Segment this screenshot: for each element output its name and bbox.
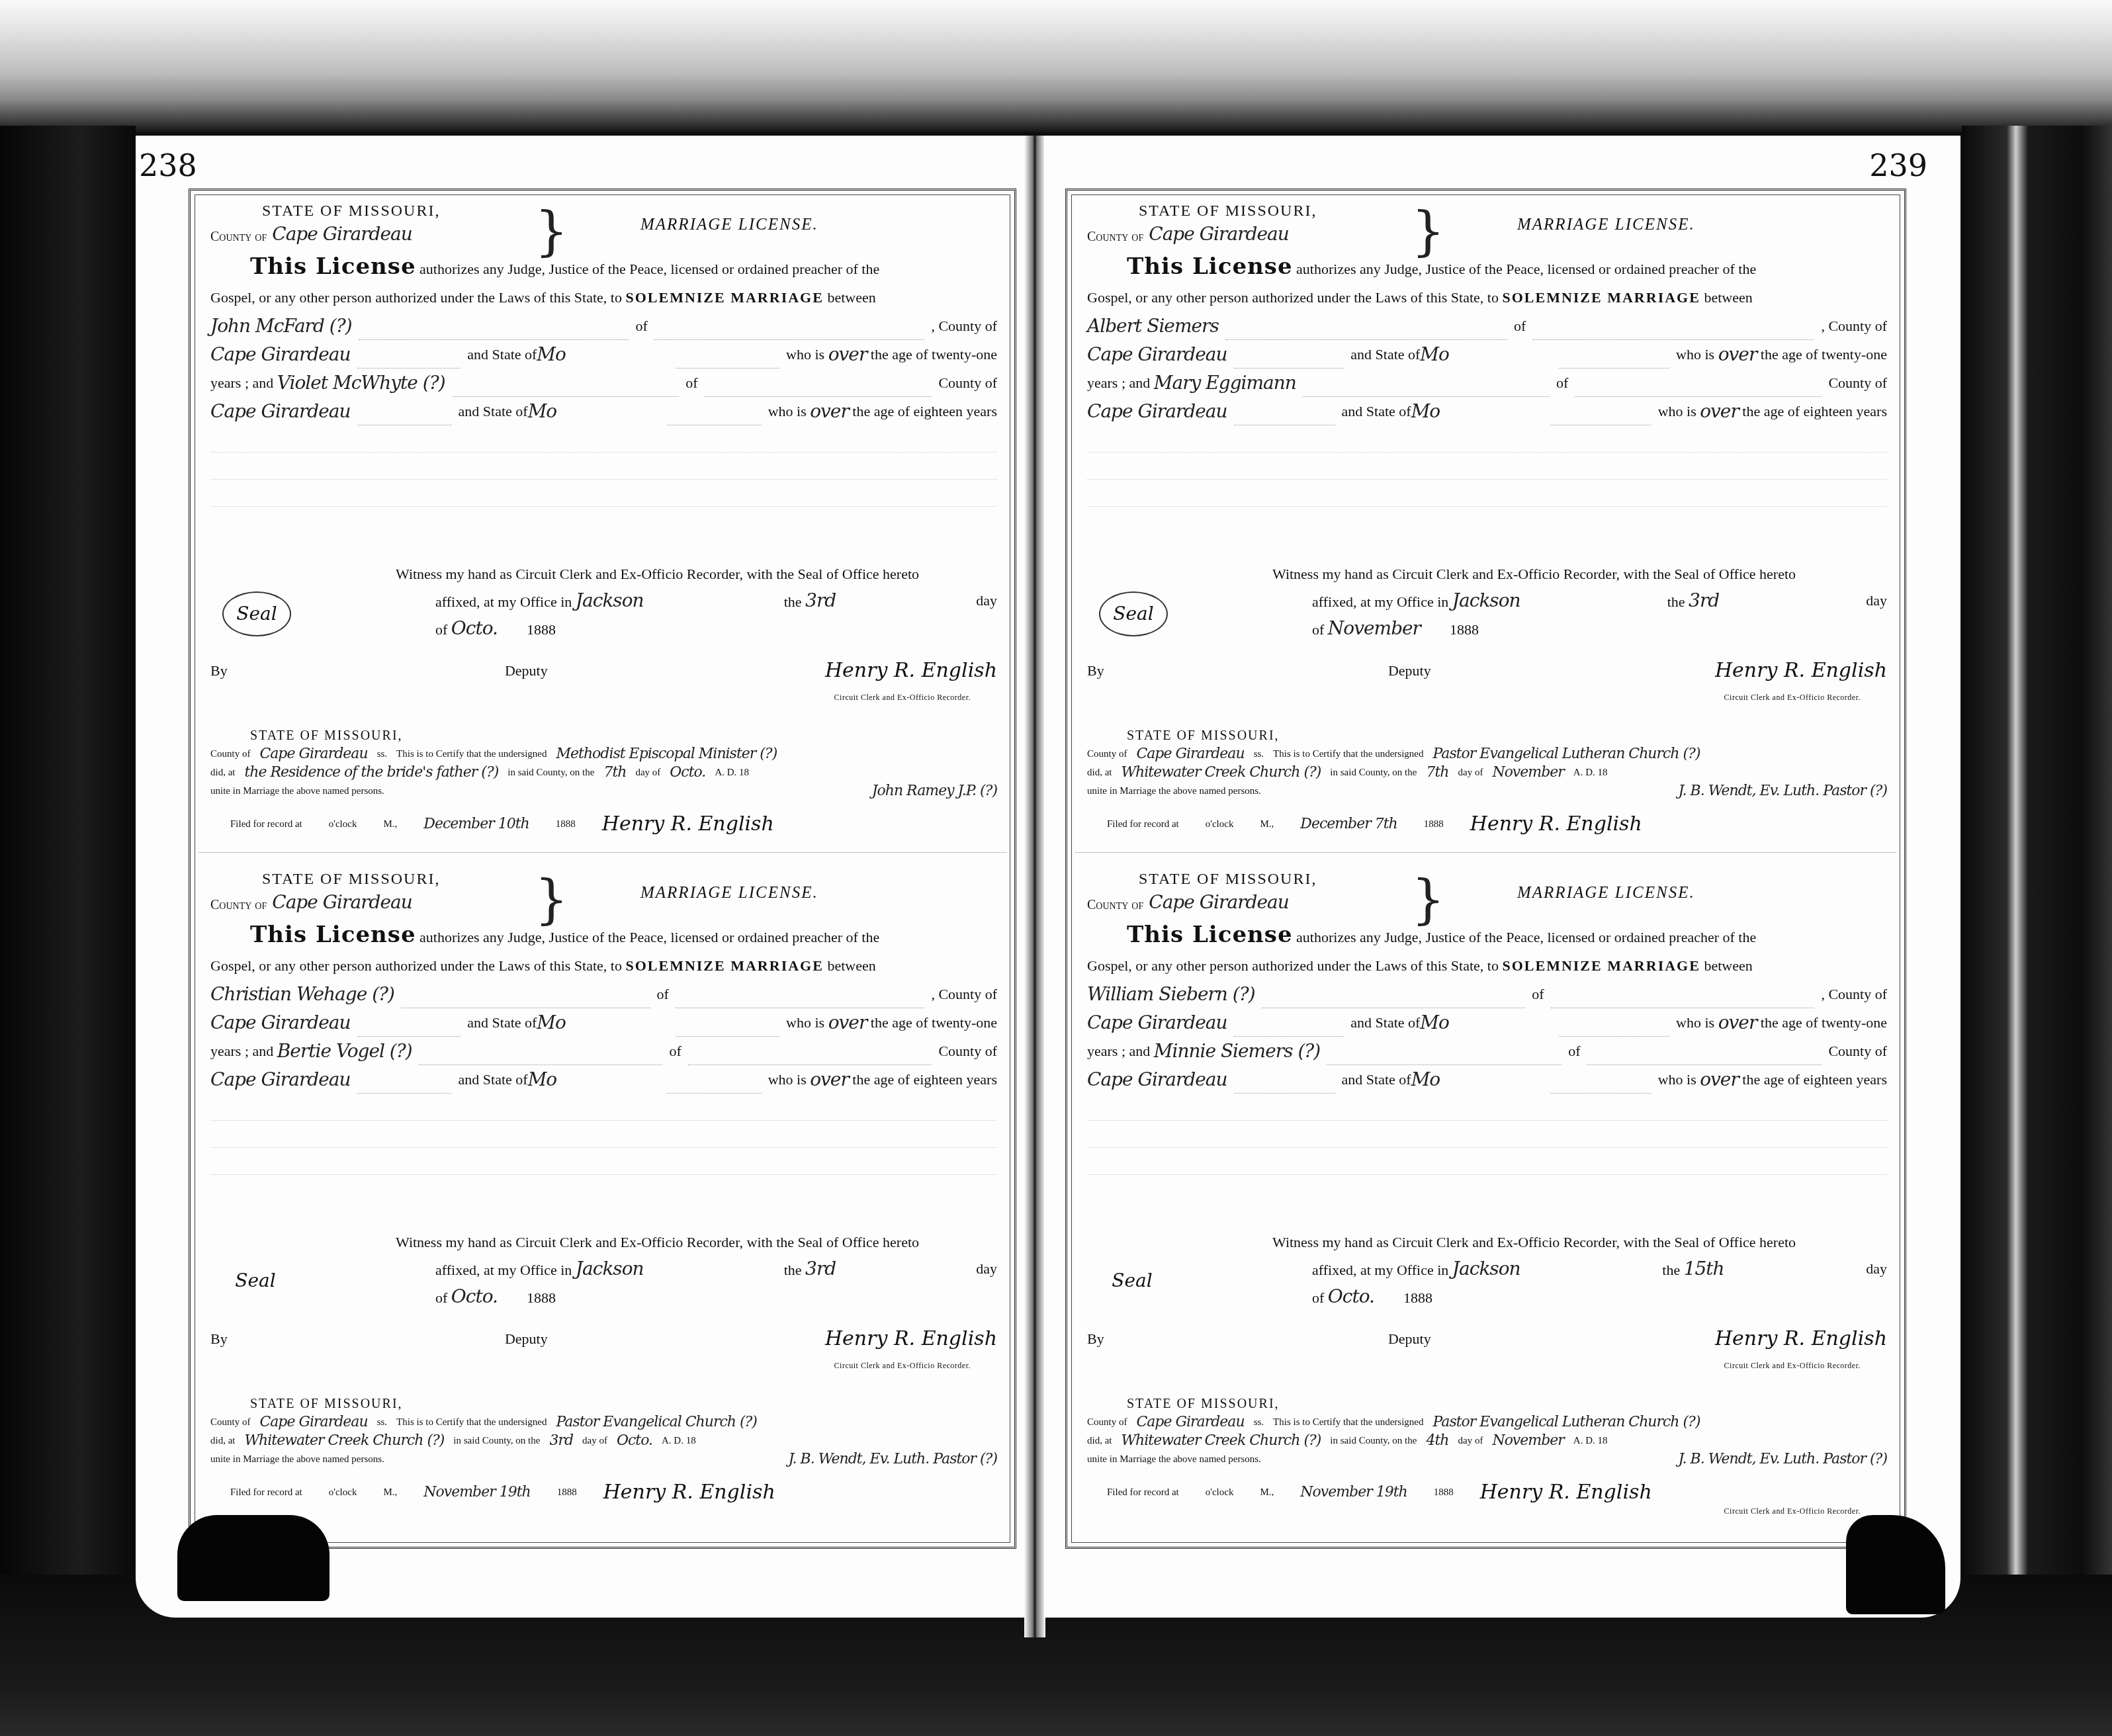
of-label: of xyxy=(685,369,697,397)
brace-icon: } xyxy=(1411,205,1445,258)
did-at-label: did, at xyxy=(210,1432,236,1450)
day-of-label: day of xyxy=(635,763,660,782)
in-said-county-label: in said County, on the xyxy=(1330,763,1417,782)
unite-text: unite in Marriage the above named person… xyxy=(1087,1450,1261,1469)
county-label: County of xyxy=(210,230,267,245)
filed-date: November 19th xyxy=(1300,1483,1407,1502)
county-value: Cape Girardeau xyxy=(272,223,412,245)
age-21-label: the age of twenty-one xyxy=(871,1008,997,1037)
certify-text: This is to Certify that the undersigned xyxy=(396,1413,547,1432)
clerk-signature: Henry R. English xyxy=(825,658,997,684)
bride-name: Bertie Vogel (?) xyxy=(277,1037,412,1065)
state-heading: STATE OF MISSOURI, xyxy=(1139,871,1887,889)
marriage-license: STATE OF MISSOURI, County ofCape Girarde… xyxy=(191,859,1014,1520)
groom-age-status: over xyxy=(1718,340,1757,369)
county-value: Cape Girardeau xyxy=(1149,223,1289,245)
state-of-label: and State of xyxy=(459,397,528,425)
day-label: day xyxy=(976,1256,997,1283)
brace-icon: } xyxy=(535,873,568,926)
clerk-caption: Circuit Clerk and Ex-Officio Recorder. xyxy=(1087,684,1861,711)
issue-day: 3rd xyxy=(1689,589,1719,611)
of-label: of xyxy=(1532,980,1544,1008)
the-label: the xyxy=(1662,1262,1680,1278)
of-label: of xyxy=(657,980,669,1008)
age-18-label: the age of eighteen years xyxy=(852,1065,997,1094)
clerk-signature: Henry R. English xyxy=(1715,1326,1887,1352)
ceremony-month: November xyxy=(1492,1432,1563,1450)
page-clip-left xyxy=(177,1515,330,1601)
witness-text: Witness my hand as Circuit Clerk and Ex-… xyxy=(396,1229,997,1256)
bride-state: Mo xyxy=(528,1065,660,1094)
did-at-label: did, at xyxy=(1087,1432,1112,1450)
officiant-signature: J. B. Wendt, Ev. Luth. Pastor (?) xyxy=(1678,1450,1887,1469)
state-of-label: and State of xyxy=(467,1008,537,1037)
who-is-label: who is xyxy=(786,1008,824,1037)
the-label: the xyxy=(784,593,802,610)
state-heading: STATE OF MISSOURI, xyxy=(262,871,997,889)
between-text: between xyxy=(1704,289,1752,306)
county-of-label: County of xyxy=(1828,1037,1887,1065)
groom-state: Mo xyxy=(537,1008,669,1037)
authorizes-text: authorizes any Judge, Justice of the Pea… xyxy=(1296,929,1756,945)
the-label: the xyxy=(1667,593,1685,610)
issue-day: 3rd xyxy=(805,589,836,611)
county-value: Cape Girardeau xyxy=(272,891,412,913)
clerk-caption: Circuit Clerk and Ex-Officio Recorder. xyxy=(1087,1352,1861,1379)
ceremony-place: Whitewater Creek Church (?) xyxy=(245,1432,445,1450)
age-18-label: the age of eighteen years xyxy=(1742,1065,1887,1094)
ceremony-day: 7th xyxy=(1426,763,1448,782)
age-18-label: the age of eighteen years xyxy=(852,397,997,425)
years-and-label: years ; and xyxy=(210,369,273,397)
seal-mark: Seal xyxy=(222,1260,288,1302)
affixed-label: affixed, at my Office in xyxy=(435,1262,572,1278)
gospel-text: Gospel, or any other person authorized u… xyxy=(1087,289,1499,306)
witness-block: Seal Witness my hand as Circuit Clerk an… xyxy=(191,561,1014,711)
seal-mark: Seal xyxy=(222,591,291,636)
county-of-label: County of xyxy=(938,369,997,397)
deputy-label: Deputy xyxy=(1388,1326,1431,1352)
in-said-county-label: in said County, on the xyxy=(1330,1432,1417,1450)
state-heading: STATE OF MISSOURI, xyxy=(1127,726,1887,745)
ad-label: A. D. 18 xyxy=(1573,763,1608,782)
by-label: By xyxy=(210,1326,228,1352)
brace-icon: } xyxy=(535,205,568,258)
who-is-label: who is xyxy=(1676,340,1714,369)
license-title: MARRIAGE LICENSE. xyxy=(640,884,818,902)
did-at-label: did, at xyxy=(210,763,236,782)
state-of-label: and State of xyxy=(1342,397,1411,425)
license-title: MARRIAGE LICENSE. xyxy=(1517,216,1695,234)
state-of-label: and State of xyxy=(459,1065,528,1094)
day-of-label: day of xyxy=(1458,763,1483,782)
age-21-label: the age of twenty-one xyxy=(1761,1008,1887,1037)
issue-month: Octo. xyxy=(451,617,498,639)
filed-year: 1888 xyxy=(1424,815,1444,834)
page-frame: STATE OF MISSOURI, County ofCape Girarde… xyxy=(1065,189,1906,1549)
seal-mark: Seal xyxy=(1099,1260,1165,1302)
bride-state: Mo xyxy=(528,397,660,425)
ceremony-day: 7th xyxy=(603,763,626,782)
county-row: County of Cape Girardeau xyxy=(210,223,997,245)
groom-county: Cape Girardeau xyxy=(1087,1008,1227,1037)
section-divider xyxy=(1075,852,1896,853)
unite-text: unite in Marriage the above named person… xyxy=(210,1450,384,1469)
office-location: Jackson xyxy=(1452,589,1520,611)
between-text: between xyxy=(1704,957,1752,974)
day-of-label: day of xyxy=(1458,1432,1483,1450)
groom-name: Christian Wehage (?) xyxy=(210,980,394,1008)
filed-signature: Henry R. English xyxy=(1480,1483,1652,1502)
marriage-license: STATE OF MISSOURI, County ofCape Girarde… xyxy=(1067,191,1904,852)
issue-day: 15th xyxy=(1684,1258,1724,1280)
ceremony-month: November xyxy=(1492,763,1563,782)
ceremony-place: the Residence of the bride's father (?) xyxy=(245,763,499,782)
page-number: 239 xyxy=(1869,148,1927,183)
marriage-license: STATE OF MISSOURI, County of Cape Girard… xyxy=(191,191,1014,852)
officiant-signature: John Ramey J.P. (?) xyxy=(872,782,997,801)
state-heading: STATE OF MISSOURI, xyxy=(250,726,997,745)
office-location: Jackson xyxy=(576,589,644,611)
the-label: the xyxy=(784,1262,802,1278)
ledger-page-right: 239 STATE OF MISSOURI, County ofCape Gir… xyxy=(1044,136,1960,1618)
cert-county: Cape Girardeau xyxy=(259,1413,367,1432)
bride-county: Cape Girardeau xyxy=(210,1065,351,1094)
groom-name: Albert Siemers xyxy=(1087,312,1219,340)
issue-year: 1888 xyxy=(1450,621,1479,638)
page-frame: STATE OF MISSOURI, County of Cape Girard… xyxy=(189,189,1016,1549)
age-21-label: the age of twenty-one xyxy=(1761,340,1887,369)
unite-text: unite in Marriage the above named person… xyxy=(210,782,384,801)
book-gutter xyxy=(1024,136,1045,1637)
county-label: County of xyxy=(210,898,267,913)
groom-name: John McFard (?) xyxy=(210,312,352,340)
of-label: of xyxy=(1312,621,1324,638)
ss-label: ss. xyxy=(1254,745,1264,763)
clerk-signature: Henry R. English xyxy=(1715,658,1887,684)
bride-state: Mo xyxy=(1411,1065,1544,1094)
ceremony-day: 4th xyxy=(1426,1432,1448,1450)
filed-date: November 19th xyxy=(423,1483,530,1502)
age-21-label: the age of twenty-one xyxy=(871,340,997,369)
m-label: M., xyxy=(383,815,397,834)
officiant: Pastor Evangelical Lutheran Church (?) xyxy=(1433,1413,1700,1432)
groom-age-status: over xyxy=(1718,1008,1757,1037)
years-and-label: years ; and xyxy=(210,1037,273,1065)
state-heading: STATE OF MISSOURI, xyxy=(262,202,997,220)
groom-state: Mo xyxy=(1420,1008,1552,1037)
county-of-label: , County of xyxy=(1821,980,1887,1008)
clerk-caption: Circuit Clerk and Ex-Officio Recorder. xyxy=(1087,1502,1861,1520)
affixed-label: affixed, at my Office in xyxy=(1312,1262,1448,1278)
witness-text: Witness my hand as Circuit Clerk and Ex-… xyxy=(396,561,997,587)
license-title: MARRIAGE LICENSE. xyxy=(640,216,818,234)
state-of-label: and State of xyxy=(1350,1008,1420,1037)
in-said-county-label: in said County, on the xyxy=(453,1432,540,1450)
day-label: day xyxy=(1866,587,1887,615)
this-license-heading: This License xyxy=(1127,253,1293,280)
cert-county: Cape Girardeau xyxy=(259,745,367,763)
bride-county: Cape Girardeau xyxy=(1087,1065,1227,1094)
groom-state: Mo xyxy=(1420,340,1552,369)
groom-county: Cape Girardeau xyxy=(210,340,351,369)
affixed-label: affixed, at my Office in xyxy=(1312,593,1448,610)
this-license-heading: This License xyxy=(250,922,416,948)
certify-text: This is to Certify that the undersigned xyxy=(1273,745,1423,763)
bride-county: Cape Girardeau xyxy=(1087,397,1227,425)
authorizes-text: authorizes any Judge, Justice of the Pea… xyxy=(1296,261,1756,277)
deputy-label: Deputy xyxy=(505,1326,548,1352)
ceremony-day: 3rd xyxy=(549,1432,573,1450)
ceremony-place: Whitewater Creek Church (?) xyxy=(1122,763,1321,782)
issue-month: Octo. xyxy=(1328,1285,1374,1307)
groom-state: Mo xyxy=(537,340,669,369)
solemnize-text: SOLEMNIZE MARRIAGE xyxy=(625,957,823,974)
issue-year: 1888 xyxy=(527,621,556,638)
cert-county: Cape Girardeau xyxy=(1136,745,1244,763)
years-and-label: years ; and xyxy=(1087,1037,1150,1065)
day-of-label: day of xyxy=(582,1432,607,1450)
bride-name: Mary Eggimann xyxy=(1154,369,1296,397)
ledger-page-left: 238 STATE OF MISSOURI, County of Cape Gi… xyxy=(136,136,1026,1618)
clerk-caption: Circuit Clerk and Ex-Officio Recorder. xyxy=(210,684,971,711)
bride-county: Cape Girardeau xyxy=(210,397,351,425)
groom-name: William Siebern (?) xyxy=(1087,980,1255,1008)
scanner-background-top xyxy=(0,0,2112,132)
bride-age-status: over xyxy=(1700,1065,1739,1094)
m-label: M., xyxy=(1260,1483,1274,1502)
bride-age-status: over xyxy=(810,1065,849,1094)
issue-year: 1888 xyxy=(1403,1289,1432,1306)
filed-label: Filed for record at xyxy=(230,1483,302,1502)
officiant-signature: J. B. Wendt, Ev. Luth. Pastor (?) xyxy=(788,1450,997,1469)
ad-label: A. D. 18 xyxy=(1573,1432,1608,1450)
of-label: of xyxy=(435,621,447,638)
witness-text: Witness my hand as Circuit Clerk and Ex-… xyxy=(1272,1229,1887,1256)
officiant: Pastor Evangelical Lutheran Church (?) xyxy=(1433,745,1700,763)
deputy-label: Deputy xyxy=(1388,658,1431,684)
who-is-label: who is xyxy=(768,397,807,425)
office-location: Jackson xyxy=(576,1258,644,1280)
county-label: County of xyxy=(1087,230,1143,245)
unite-text: unite in Marriage the above named person… xyxy=(1087,782,1261,801)
of-label: of xyxy=(669,1037,681,1065)
filed-signature: Henry R. English xyxy=(603,1483,775,1502)
state-of-label: and State of xyxy=(1342,1065,1411,1094)
county-value: Cape Girardeau xyxy=(1149,891,1289,913)
bride-age-status: over xyxy=(810,397,849,425)
issue-month: Octo. xyxy=(451,1285,498,1307)
authorizes-text: authorizes any Judge, Justice of the Pea… xyxy=(419,261,879,277)
age-18-label: the age of eighteen years xyxy=(1742,397,1887,425)
of-label: of xyxy=(435,1289,447,1306)
affixed-label: affixed, at my Office in xyxy=(435,593,572,610)
in-said-county-label: in said County, on the xyxy=(507,763,594,782)
issue-year: 1888 xyxy=(527,1289,556,1306)
who-is-label: who is xyxy=(1658,397,1696,425)
officiant-signature: J. B. Wendt, Ev. Luth. Pastor (?) xyxy=(1678,782,1887,801)
of-label: of xyxy=(1568,1037,1580,1065)
book-cover-left-edge xyxy=(0,126,136,1621)
section-divider xyxy=(198,852,1006,853)
certify-text: This is to Certify that the undersigned xyxy=(396,745,547,763)
filed-date: December 7th xyxy=(1300,815,1397,834)
county-label: County of xyxy=(1087,1413,1127,1432)
solemnize-text: SOLEMNIZE MARRIAGE xyxy=(1502,289,1700,306)
clerk-signature: Henry R. English xyxy=(825,1326,997,1352)
witness-text: Witness my hand as Circuit Clerk and Ex-… xyxy=(1272,561,1887,587)
county-label: County of xyxy=(210,745,250,763)
page-number: 238 xyxy=(139,148,197,183)
county-of-label: County of xyxy=(938,1037,997,1065)
county-of-label: , County of xyxy=(931,980,997,1008)
ss-label: ss. xyxy=(377,1413,387,1432)
county-label: County of xyxy=(1087,898,1143,913)
filed-label: Filed for record at xyxy=(230,815,302,834)
ceremony-month: Octo. xyxy=(617,1432,652,1450)
filed-year: 1888 xyxy=(557,1483,577,1502)
filed-label: Filed for record at xyxy=(1107,1483,1179,1502)
license-body: This License authorizes any Judge, Justi… xyxy=(210,253,997,507)
solemnize-text: SOLEMNIZE MARRIAGE xyxy=(1502,957,1700,974)
oclock-label: o'clock xyxy=(1206,815,1234,834)
ceremony-month: Octo. xyxy=(670,763,705,782)
bride-age-status: over xyxy=(1700,397,1739,425)
who-is-label: who is xyxy=(1676,1008,1714,1037)
county-of-label: , County of xyxy=(931,312,997,340)
state-of-label: and State of xyxy=(467,340,537,369)
ad-label: A. D. 18 xyxy=(715,763,749,782)
between-text: between xyxy=(827,957,875,974)
brace-icon: } xyxy=(1411,873,1445,926)
by-label: By xyxy=(1087,1326,1104,1352)
groom-county: Cape Girardeau xyxy=(1087,340,1227,369)
issue-month: November xyxy=(1328,617,1421,639)
by-label: By xyxy=(1087,658,1104,684)
state-of-label: and State of xyxy=(1350,340,1420,369)
ceremony-place: Whitewater Creek Church (?) xyxy=(1122,1432,1321,1450)
state-heading: STATE OF MISSOURI, xyxy=(250,1395,997,1413)
groom-age-status: over xyxy=(828,1008,867,1037)
authorizes-text: authorizes any Judge, Justice of the Pea… xyxy=(419,929,879,945)
groom-age-status: over xyxy=(828,340,867,369)
county-label: County of xyxy=(1087,745,1127,763)
solemnize-text: SOLEMNIZE MARRIAGE xyxy=(625,289,823,306)
office-location: Jackson xyxy=(1452,1258,1520,1280)
ss-label: ss. xyxy=(377,745,387,763)
this-license-heading: This License xyxy=(250,253,416,280)
who-is-label: who is xyxy=(1658,1065,1696,1094)
filed-year: 1888 xyxy=(556,815,576,834)
ss-label: ss. xyxy=(1254,1413,1264,1432)
oclock-label: o'clock xyxy=(329,815,357,834)
m-label: M., xyxy=(383,1483,397,1502)
oclock-label: o'clock xyxy=(1206,1483,1234,1502)
clerk-caption: Circuit Clerk and Ex-Officio Recorder. xyxy=(210,1352,971,1379)
by-label: By xyxy=(210,658,228,684)
gospel-text: Gospel, or any other person authorized u… xyxy=(210,957,622,974)
issue-day: 3rd xyxy=(805,1258,836,1280)
of-label: of xyxy=(1312,1289,1324,1306)
officiant: Methodist Episcopal Minister (?) xyxy=(556,745,777,763)
state-heading: STATE OF MISSOURI, xyxy=(1139,202,1887,220)
county-of-label: County of xyxy=(1828,369,1887,397)
who-is-label: who is xyxy=(786,340,824,369)
gospel-text: Gospel, or any other person authorized u… xyxy=(210,289,622,306)
years-and-label: years ; and xyxy=(1087,369,1150,397)
filed-year: 1888 xyxy=(1434,1483,1454,1502)
seal-mark: Seal xyxy=(1099,591,1168,636)
bride-state: Mo xyxy=(1411,397,1544,425)
license-title: MARRIAGE LICENSE. xyxy=(1517,884,1695,902)
filed-date: December 10th xyxy=(423,815,529,834)
book-cover-right-edge xyxy=(1962,126,2112,1621)
this-license-heading: This License xyxy=(1127,922,1293,948)
county-of-label: , County of xyxy=(1821,312,1887,340)
bride-name: Violet McWhyte (?) xyxy=(277,369,445,397)
who-is-label: who is xyxy=(768,1065,807,1094)
groom-county: Cape Girardeau xyxy=(210,1008,351,1037)
gospel-text: Gospel, or any other person authorized u… xyxy=(1087,957,1499,974)
did-at-label: did, at xyxy=(1087,763,1112,782)
county-label: County of xyxy=(210,1413,250,1432)
marriage-license: STATE OF MISSOURI, County ofCape Girarde… xyxy=(1067,859,1904,1520)
day-label: day xyxy=(976,587,997,615)
of-label: of xyxy=(1556,369,1568,397)
filed-label: Filed for record at xyxy=(1107,815,1179,834)
day-label: day xyxy=(1866,1256,1887,1283)
between-text: between xyxy=(827,289,875,306)
deputy-label: Deputy xyxy=(505,658,548,684)
certify-text: This is to Certify that the undersigned xyxy=(1273,1413,1423,1432)
filed-signature: Henry R. English xyxy=(602,815,774,834)
certificate-block: STATE OF MISSOURI, County ofCape Girarde… xyxy=(191,726,1014,834)
of-label: of xyxy=(1514,312,1526,340)
oclock-label: o'clock xyxy=(329,1483,357,1502)
bride-name: Minnie Siemers (?) xyxy=(1154,1037,1320,1065)
filed-signature: Henry R. English xyxy=(1470,815,1642,834)
cert-county: Cape Girardeau xyxy=(1136,1413,1244,1432)
officiant: Pastor Evangelical Church (?) xyxy=(556,1413,757,1432)
m-label: M., xyxy=(1260,815,1274,834)
ad-label: A. D. 18 xyxy=(662,1432,696,1450)
of-label: of xyxy=(635,312,647,340)
state-heading: STATE OF MISSOURI, xyxy=(1127,1395,1887,1413)
